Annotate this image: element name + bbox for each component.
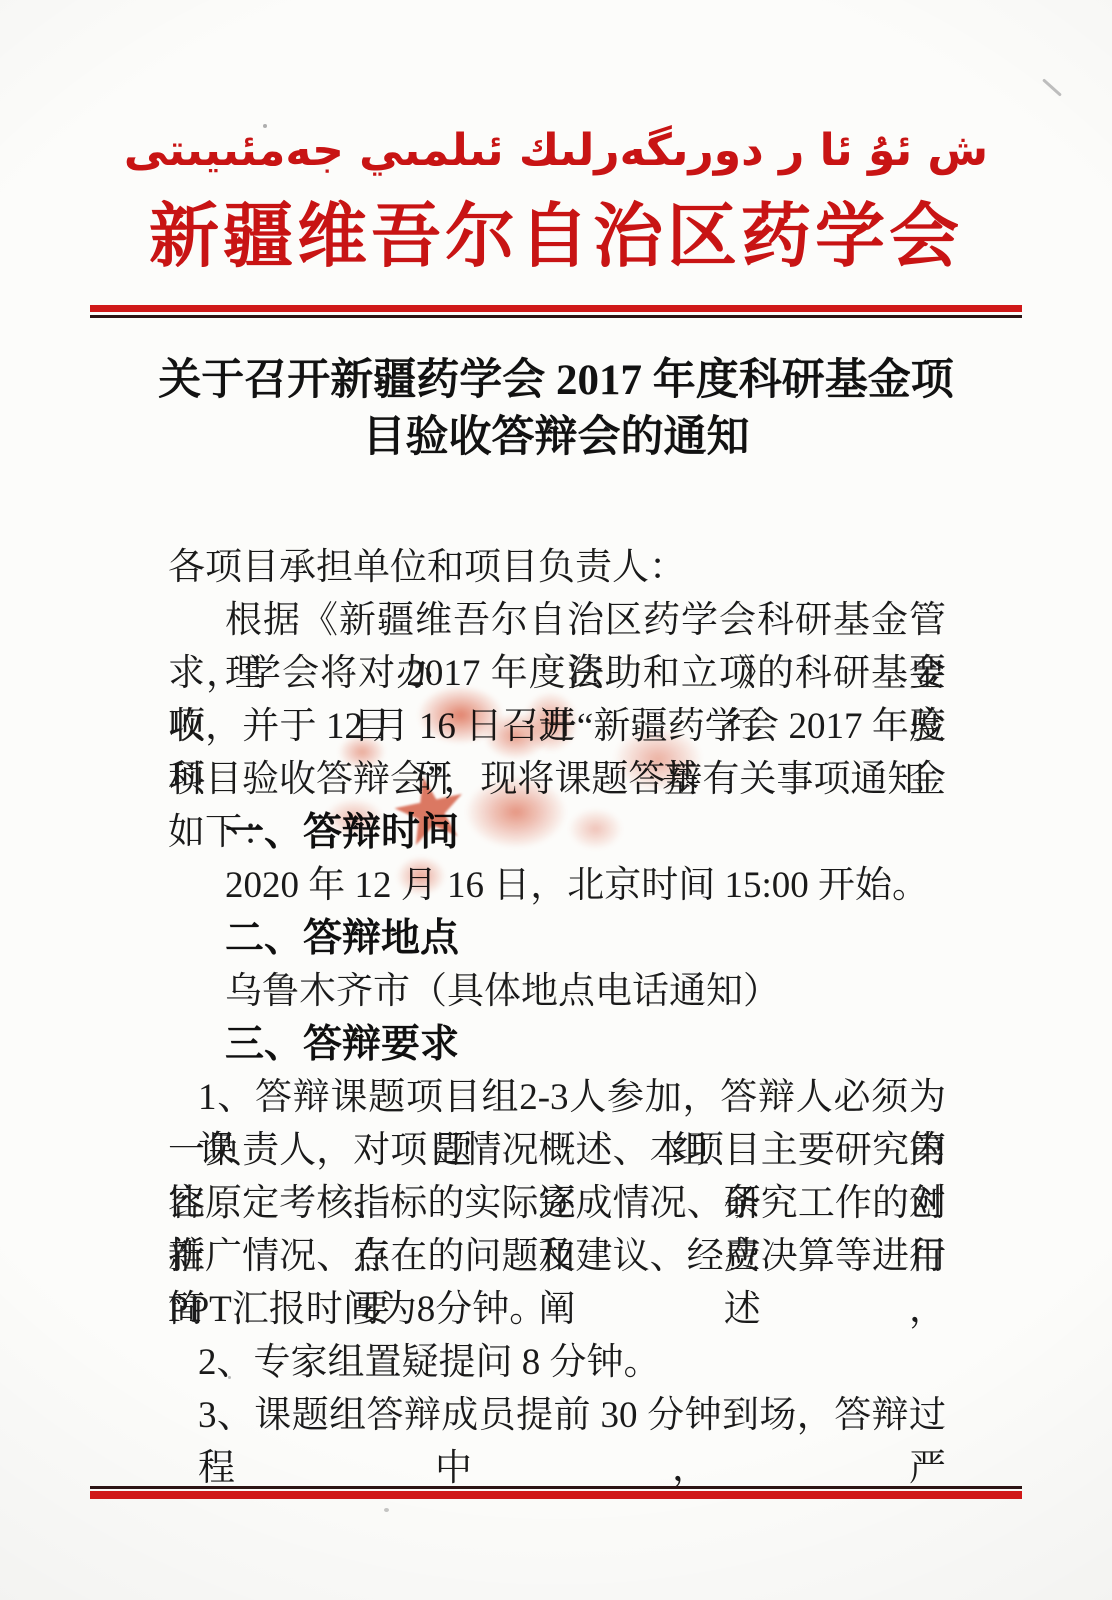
body-line: 推广情况、存在的问题和建议、经费决算等进行简要阐述， (168, 1230, 946, 1283)
body-line: 收，并于 12 月 16 日召开“新疆药学会 2017 年度科研基金 (168, 700, 946, 753)
scan-speck (263, 124, 267, 128)
scan-speck (384, 1508, 389, 1512)
body-line: 2020 年 12 月 16 日，北京时间 15:00 开始。 (168, 859, 946, 912)
scan-speck (1042, 78, 1062, 96)
body-line: 2、专家组置疑提问 8 分钟。 (168, 1336, 946, 1389)
body-line: 三、答辩要求 (168, 1018, 946, 1071)
body-line: 一、答辩时间 (168, 806, 946, 859)
org-name-uyghur: ش ئۇ ئا ر دورىگەرلىك ئىلمىي جەمئىيىتى (0, 116, 1112, 186)
body-line: 二、答辩地点 (168, 912, 946, 965)
document-title-line1: 关于召开新疆药学会 2017 年度科研基金项 (0, 352, 1112, 409)
document-page: ش ئۇ ئا ر دورىگەرلىك ئىلمىي جەمئىيىتى 新疆… (0, 0, 1112, 1600)
body-line: 求，学会将对 2017 年度资助和立项的科研基金项目进行验 (168, 647, 946, 700)
document-title: 关于召开新疆药学会 2017 年度科研基金项 目验收答辩会的通知 (0, 352, 1112, 466)
document-title-line2: 目验收答辩会的通知 (0, 409, 1112, 466)
body-line: 项目验收答辩会”，现将课题答辩有关事项通知如下： (168, 753, 946, 806)
scan-speck (228, 1376, 231, 1379)
header-rule-red (90, 305, 1022, 312)
body-line: 根据《新疆维吾尔自治区药学会科研基金管理办法》要 (168, 594, 946, 647)
footer-rule-red (90, 1491, 1022, 1499)
body-line: 各项目承担单位和项目负责人： (168, 541, 946, 594)
org-name-chinese: 新疆维吾尔自治区药学会 (0, 188, 1112, 288)
document-body: 各项目承担单位和项目负责人：根据《新疆维吾尔自治区药学会科研基金管理办法》要求，… (168, 541, 946, 1442)
body-line: 一负责人，对项目情况概述、本项目主要研究内容、逐条对 (168, 1124, 946, 1177)
footer-rule-dark (90, 1486, 1022, 1489)
body-line: 1、答辩课题项目组2-3人参加，答辩人必须为课题组第 (168, 1071, 946, 1124)
body-line: 乌鲁木齐市（具体地点电话通知） (168, 965, 946, 1018)
body-line: 3、课题组答辩成员提前 30 分钟到场，答辩过程中，严 (168, 1389, 946, 1442)
body-line: 比原定考核指标的实际完成情况、研究工作的创新点及应用 (168, 1177, 946, 1230)
header-rule-dark (90, 315, 1022, 318)
